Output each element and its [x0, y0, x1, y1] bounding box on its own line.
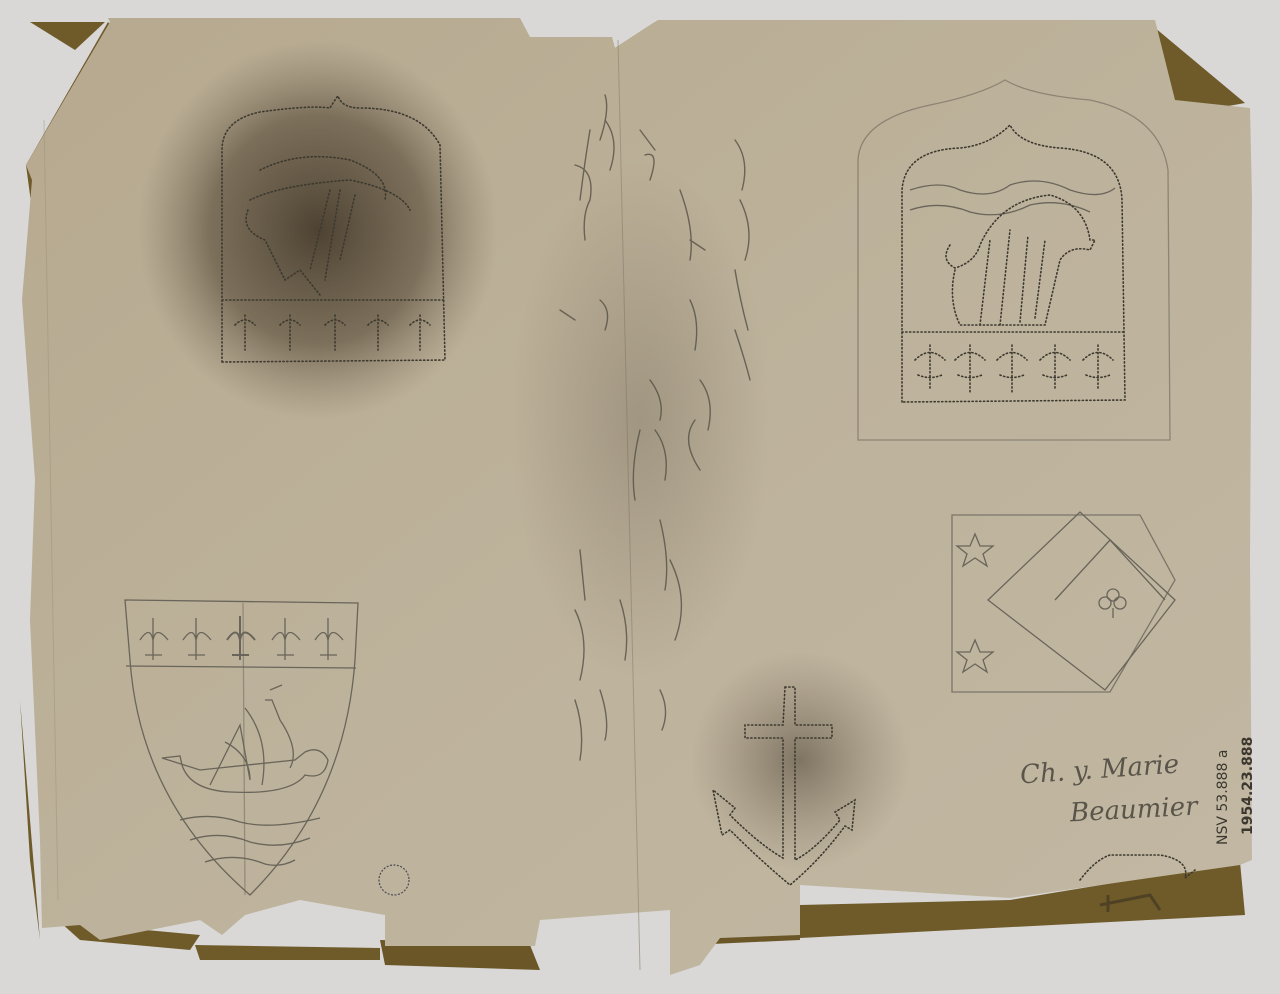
soot-stain-anchor — [690, 650, 910, 870]
catalog-number-1: NSV 53.888 a — [1215, 750, 1231, 845]
soot-stain-top-left — [138, 40, 498, 420]
catalog-number-2: 1954.23.888 — [1240, 737, 1256, 835]
paper-sheet — [0, 0, 1280, 994]
photograph: Ch. y. Marie Beaumier NSV 53.888 a 1954.… — [0, 0, 1280, 994]
